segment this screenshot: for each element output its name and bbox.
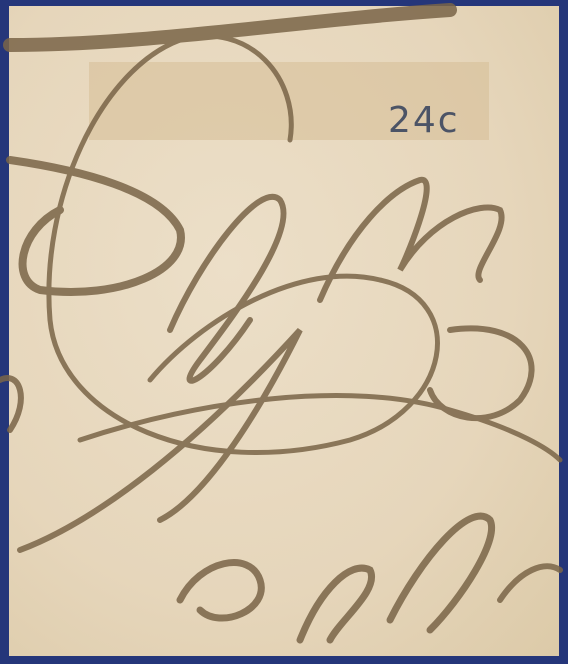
ink-handwriting [0, 0, 568, 664]
pencil-note: 24c [388, 100, 460, 141]
